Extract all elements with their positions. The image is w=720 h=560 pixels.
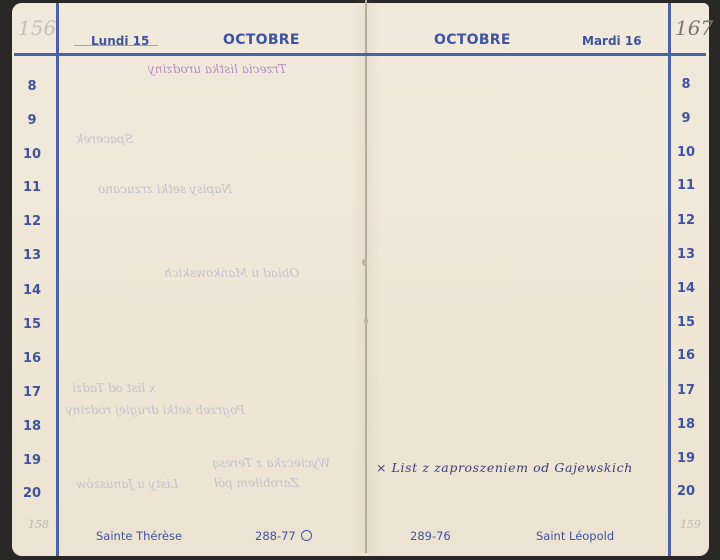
binding-stitch: [364, 318, 368, 324]
left-footer-page-ref: 158: [28, 518, 49, 531]
hour-label: 13: [668, 247, 704, 262]
hour-label: 10: [14, 147, 50, 162]
hour-label: 17: [14, 385, 50, 400]
bleed-note: Napisy setki zrzucano: [98, 182, 232, 196]
right-day-label: Mardi: [582, 34, 621, 48]
hour-label: 15: [668, 315, 704, 330]
hour-label: 12: [668, 213, 704, 228]
hour-label: 12: [14, 214, 50, 229]
hour-label: 19: [668, 451, 704, 466]
hour-label: 16: [14, 351, 50, 366]
right-day-count: 289-76: [410, 529, 451, 543]
hour-label: 14: [668, 281, 704, 296]
binding-gutter: [365, 0, 367, 553]
hour-label: 18: [14, 419, 50, 434]
hour-label: 20: [14, 486, 50, 501]
left-day-count: 288-77: [255, 529, 296, 543]
right-saint-name: Saint Léopold: [536, 529, 614, 543]
bleed-note: Obiad u Mańkowskich: [164, 266, 299, 280]
hour-label: 14: [14, 283, 50, 298]
left-month-title: OCTOBRE: [223, 32, 300, 48]
hour-label: 9: [14, 113, 50, 128]
hour-label: 11: [14, 180, 50, 195]
bleed-note: x list od Tadzi: [72, 381, 156, 395]
hour-label: 13: [14, 248, 50, 263]
bleed-note: Listy u Januszów: [76, 477, 178, 491]
hour-label: 11: [668, 178, 704, 193]
right-footer-page-ref: 159: [680, 518, 701, 531]
hour-label: 8: [14, 79, 50, 94]
full-moon-icon: [301, 530, 312, 541]
hour-label: 10: [668, 145, 704, 160]
hour-label: 8: [668, 77, 704, 92]
bleed-note: Wycieczka z Teresą: [212, 456, 330, 470]
right-day-header: Mardi 16: [582, 34, 642, 48]
right-month-title: OCTOBRE: [434, 32, 511, 48]
right-page-number: 167: [675, 16, 713, 40]
bleed-note: Trzecia listka urodziny: [148, 62, 287, 76]
hour-label: 9: [668, 111, 704, 126]
hour-label: 19: [14, 453, 50, 468]
bleed-note: Spacerek: [76, 132, 133, 146]
binding-stitch: [362, 259, 367, 266]
day-underline-mark: [74, 45, 158, 46]
bleed-note: Pogrzeb setki drugiej rodziny: [66, 403, 245, 417]
hour-label: 15: [14, 317, 50, 332]
hour-label: 20: [668, 484, 704, 499]
hour-label: 17: [668, 383, 704, 398]
left-page-number: 156: [18, 16, 56, 40]
hour-label: 16: [668, 348, 704, 363]
right-day-number: 16: [625, 34, 642, 48]
hour-label: 18: [668, 417, 704, 432]
bleed-note: Zarobiłem pół: [214, 476, 299, 490]
handwritten-entry: × List z zaproszeniem od Gajewskich: [376, 460, 633, 475]
header-rule: [14, 53, 706, 56]
left-margin-rule: [56, 3, 59, 556]
left-saint-name: Sainte Thérèse: [96, 529, 182, 543]
